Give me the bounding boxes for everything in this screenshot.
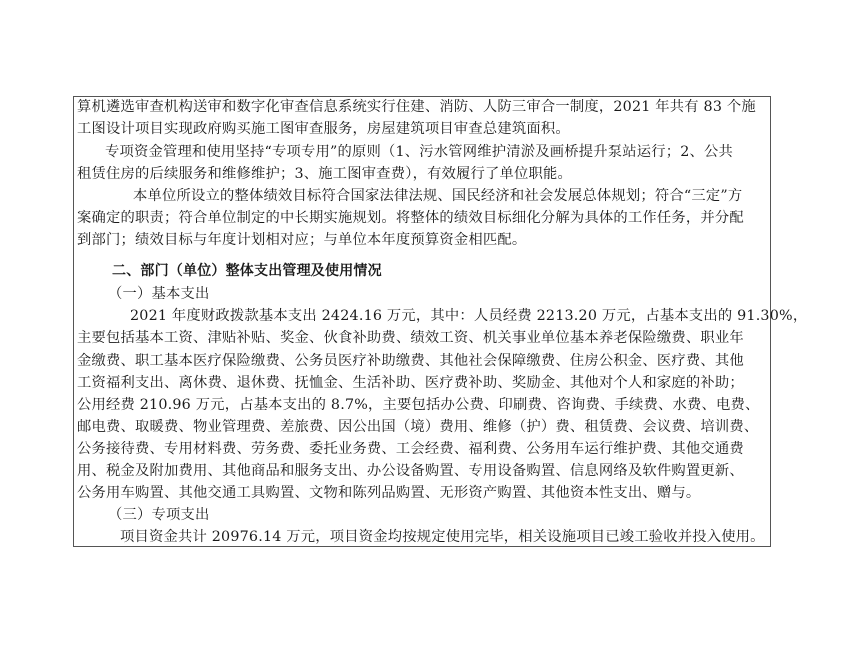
paragraph-line: 邮电费、取暖费、物业管理费、差旅费、因公出国（境）费用、维修（护）费、租赁费、会…: [77, 416, 758, 438]
paragraph-line: 租赁住房的后续服务和维修维护；3、施工图审查费），有效履行了单位职能。: [77, 163, 572, 185]
paragraph-line: 工资福利支出、离休费、退休费、抚恤金、生活补助、医疗费补助、奖励金、其他对个人和…: [77, 372, 744, 394]
paragraph-line: 本单位所设立的整体绩效目标符合国家法律法规、国民经济和社会发展总体规划；符合“三…: [133, 185, 742, 207]
subsection-heading: （三）专项支出: [108, 504, 209, 526]
paragraph-line: 算机遴选审查机构送审和数字化审查信息系统实行住建、消防、人防三审合一制度，202…: [77, 96, 756, 118]
section-heading: 二、部门（单位）整体支出管理及使用情况: [112, 260, 382, 282]
paragraph-line: 金缴费、职工基本医疗保险缴费、公务员医疗补助缴费、其他社会保障缴费、住房公积金、…: [77, 350, 744, 372]
paragraph-line: 公用经费 210.96 万元，占基本支出的 8.7%，主要包括办公费、印刷费、咨…: [77, 394, 759, 416]
paragraph-line: 用、税金及附加费用、其他商品和服务支出、办公设备购置、专用设备购置、信息网络及软…: [77, 460, 744, 482]
paragraph-line: 公务接待费、专用材料费、劳务费、委托业务费、工会经费、福利费、公务用车运行维护费…: [77, 438, 744, 460]
paragraph-line: 主要包括基本工资、津贴补贴、奖金、伙食补助费、绩效工资、机关事业单位基本养老保险…: [77, 327, 744, 349]
paragraph-line: 公务用车购置、其他交通工具购置、文物和陈列品购置、无形资产购置、其他资本性支出、…: [77, 482, 700, 504]
paragraph-line: 项目资金共计 20976.14 万元，项目资金均按规定使用完毕，相关设施项目已竣…: [120, 526, 765, 548]
paragraph-line: 专项资金管理和使用坚持“专项专用”的原则（1、污水管网维护清淤及画桥提升泵站运行…: [105, 141, 733, 163]
paragraph-line: 案确定的职责；符合单位制定的中长期实施规划。将整体的绩效目标细化分解为具体的工作…: [77, 207, 744, 229]
paragraph-line: 工图设计项目实现政府购买施工图审查服务，房屋建筑项目审查总建筑面积。: [77, 118, 570, 140]
paragraph-line: 到部门；绩效目标与年度计划相对应；与单位本年度预算资金相匹配。: [77, 229, 526, 251]
subsection-heading: （一）基本支出: [108, 283, 209, 305]
paragraph-line: 2021 年度财政拨款基本支出 2424.16 万元，其中：人员经费 2213.…: [130, 305, 807, 327]
